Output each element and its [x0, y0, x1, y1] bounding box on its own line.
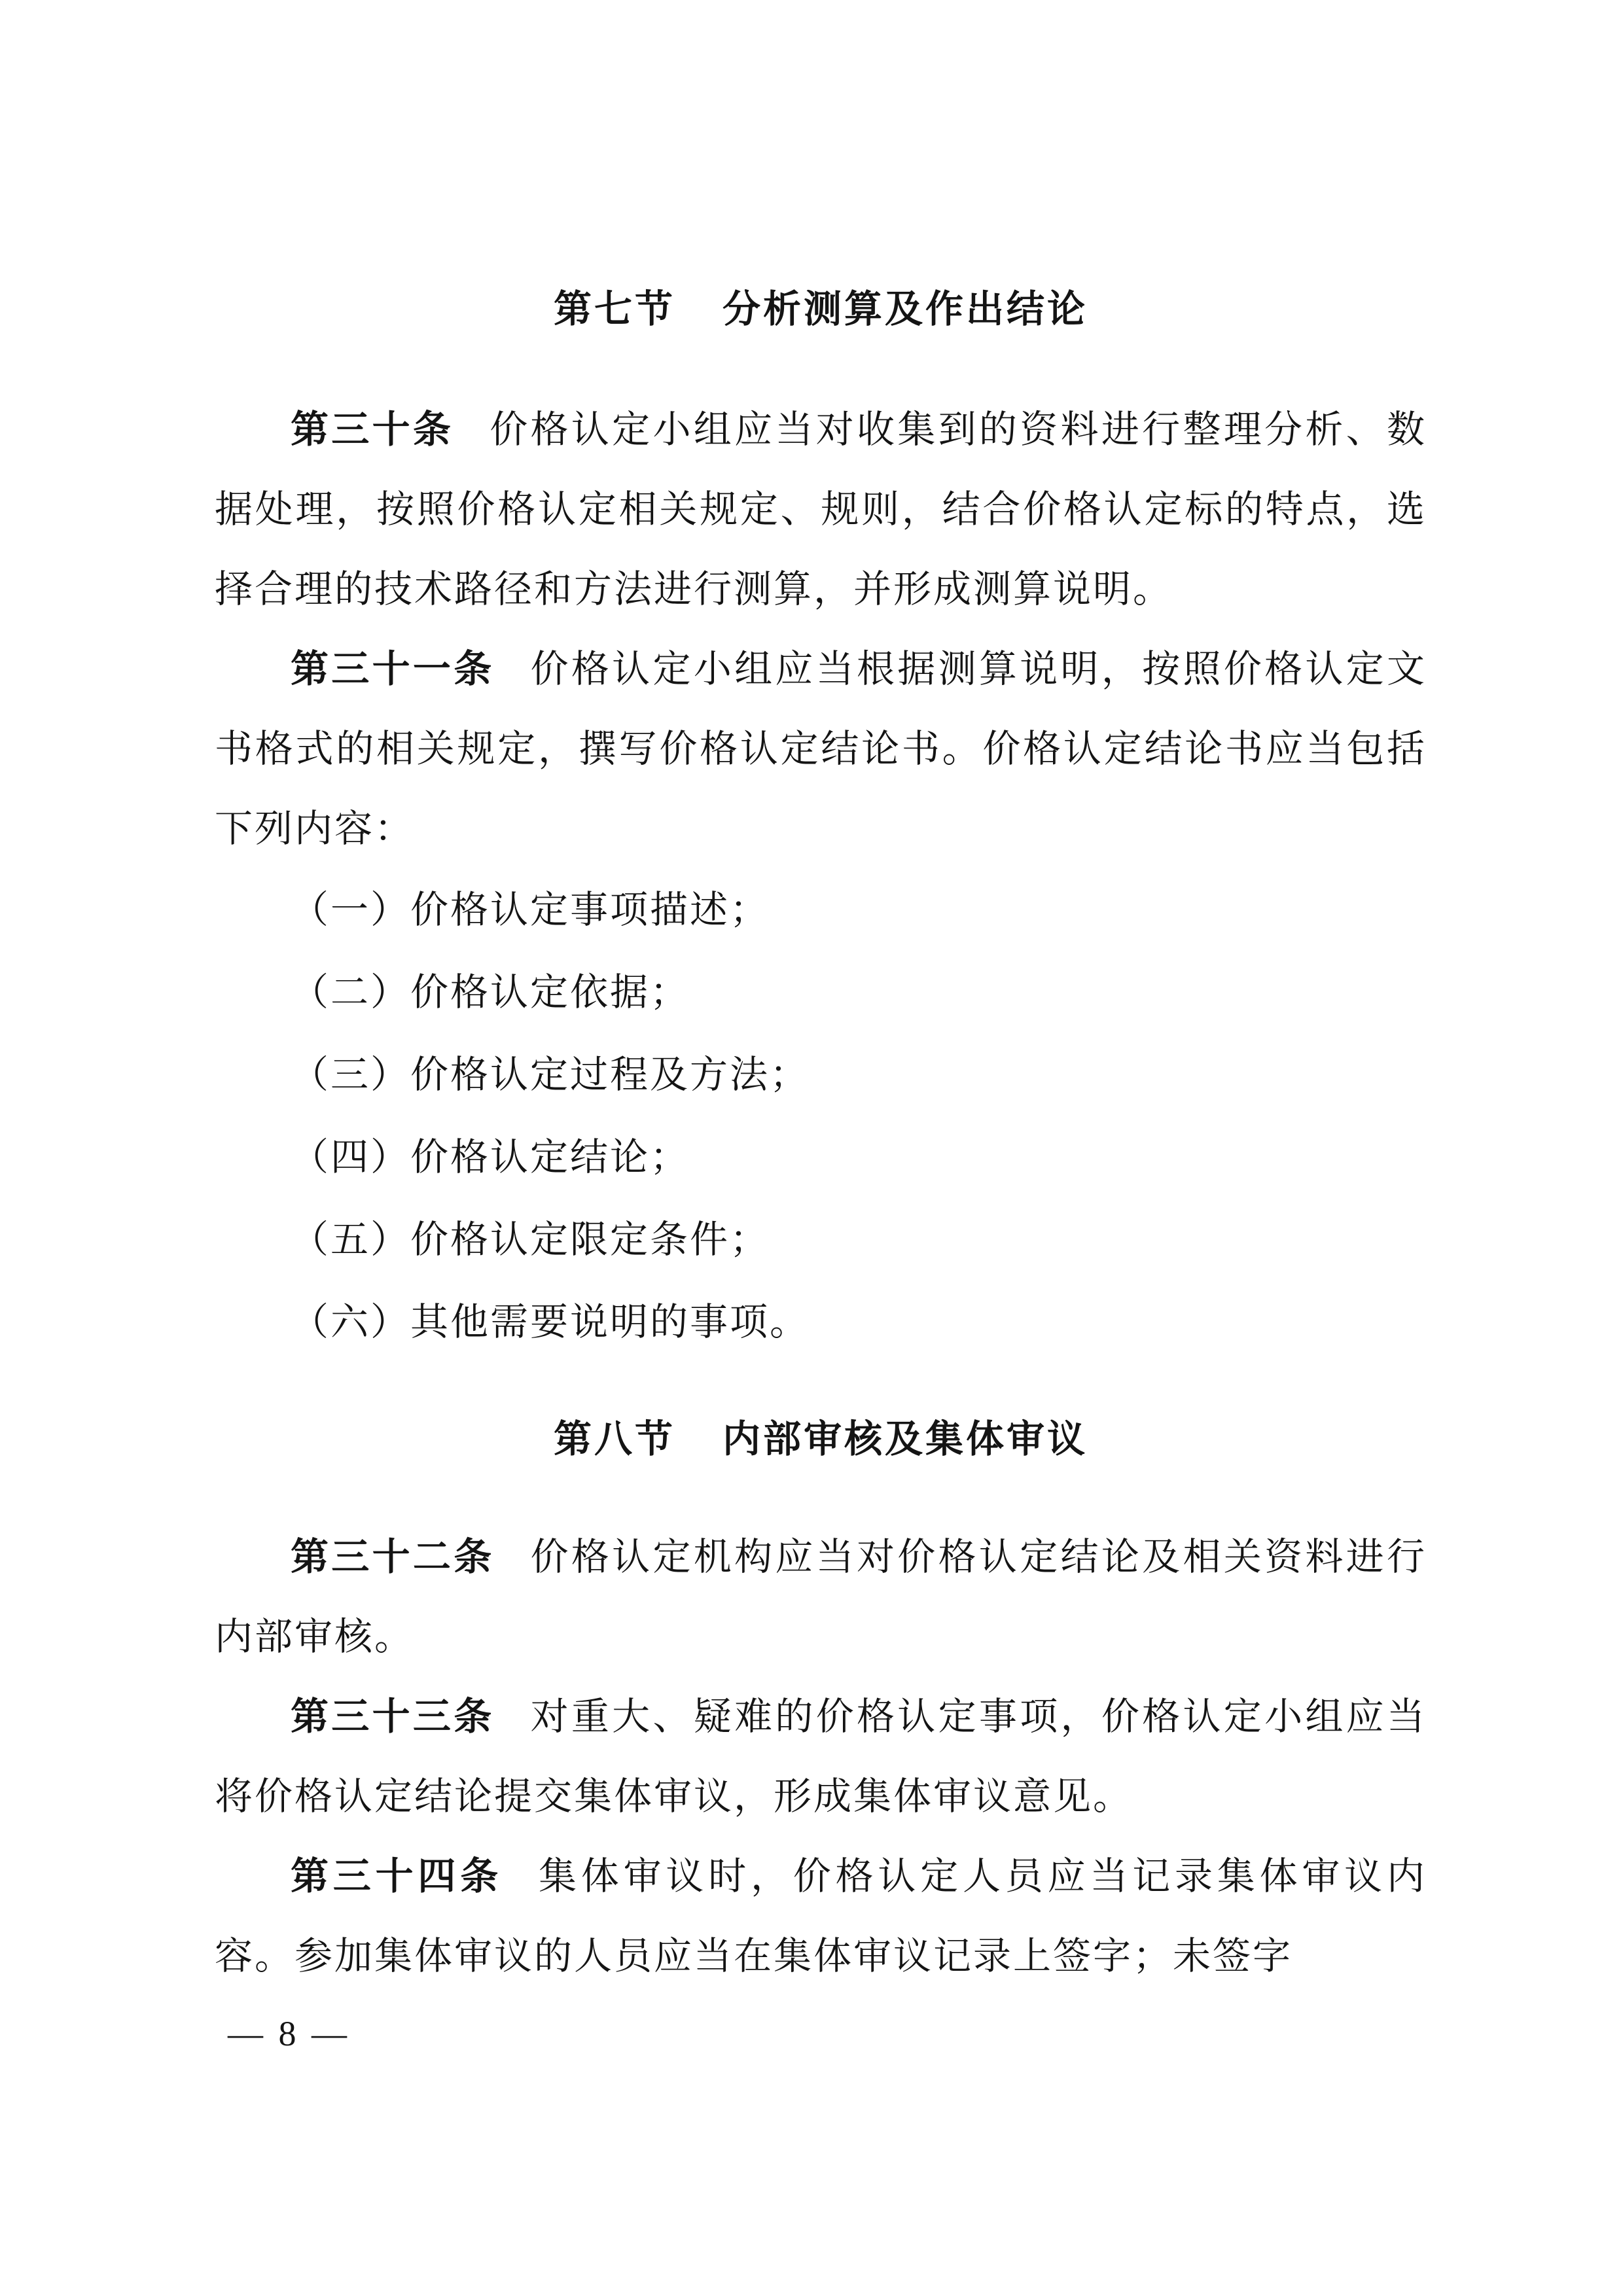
article-33-paragraph: 第三十三条对重大、疑难的价格认定事项，价格认定小组应当将价格认定结论提交集体审议… — [215, 1677, 1427, 1837]
list-item-6: （六）其他需要说明的事项。 — [215, 1281, 1427, 1364]
section-7-number: 第七节 — [554, 288, 675, 330]
article-30-number: 第三十条 — [291, 408, 454, 451]
page-content: 第七节分析测算及作出结论 第三十条价格认定小组应当对收集到的资料进行整理分析、数… — [215, 270, 1427, 1996]
page-number: — 8 — — [228, 2014, 350, 2053]
list-item-2: （二）价格认定依据； — [215, 951, 1427, 1034]
list-item-3: （三）价格认定过程及方法； — [215, 1034, 1427, 1116]
document-page: 第七节分析测算及作出结论 第三十条价格认定小组应当对收集到的资料进行整理分析、数… — [0, 0, 1623, 2296]
article-31-number: 第三十一条 — [291, 648, 495, 690]
section-7-title: 分析测算及作出结论 — [722, 288, 1088, 330]
section-7-heading: 第七节分析测算及作出结论 — [215, 270, 1427, 349]
article-34-paragraph: 第三十四条集体审议时，价格认定人员应当记录集体审议内容。参加集体审议的人员应当在… — [215, 1837, 1427, 1996]
page-footer: — 8 — — [228, 2014, 350, 2053]
list-item-5: （五）价格认定限定条件； — [215, 1199, 1427, 1281]
article-31-paragraph: 第三十一条价格认定小组应当根据测算说明，按照价格认定文书格式的相关规定，撰写价格… — [215, 629, 1427, 869]
article-32-number: 第三十二条 — [291, 1536, 495, 1578]
section-8-number: 第八节 — [554, 1418, 675, 1460]
article-34-number: 第三十四条 — [291, 1855, 503, 1898]
section-8-heading: 第八节内部审核及集体审议 — [215, 1400, 1427, 1479]
article-33-number: 第三十三条 — [291, 1695, 495, 1738]
article-32-paragraph: 第三十二条价格认定机构应当对价格认定结论及相关资料进行内部审核。 — [215, 1517, 1427, 1677]
section-8-title: 内部审核及集体审议 — [722, 1418, 1088, 1460]
article-30-paragraph: 第三十条价格认定小组应当对收集到的资料进行整理分析、数据处理，按照价格认定相关规… — [215, 390, 1427, 629]
list-item-1: （一）价格认定事项描述； — [215, 869, 1427, 951]
list-item-4: （四）价格认定结论； — [215, 1116, 1427, 1199]
